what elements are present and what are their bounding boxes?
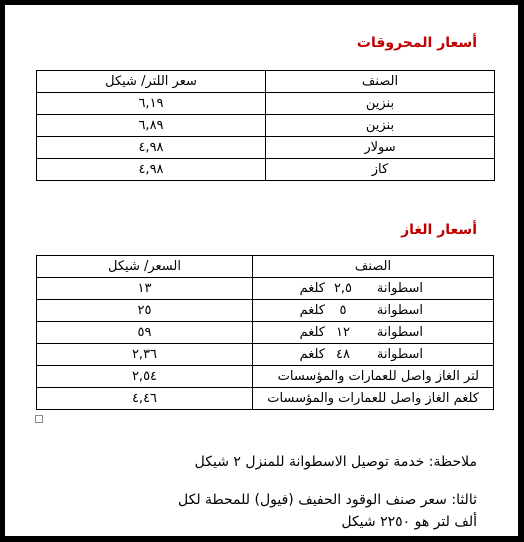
fuel-prices-heading: أسعار المحروقات <box>357 35 477 51</box>
fuel-price-cell: ٤,٩٨ <box>37 137 266 159</box>
table-header-row: الصنف سعر اللتر/ شيكل <box>37 71 495 93</box>
cylinder-size: ٥ <box>325 300 361 321</box>
column-header-type: الصنف <box>266 71 495 93</box>
table-row: سولار ٤,٩٨ <box>37 137 495 159</box>
heavy-fuel-note: ثالثا: سعر صنف الوقود الحفيف (فيول) للمح… <box>177 489 477 533</box>
cylinder-unit: كلغم <box>300 322 325 343</box>
gas-price-cell: ١٣ <box>37 278 253 300</box>
cylinder-unit: كلغم <box>300 300 325 321</box>
table-row: لتر الغاز واصل للعمارات والمؤسسات ٢,٥٤ <box>37 366 494 388</box>
gas-type-cell: اسطوانة٢,٥كلغم <box>253 278 494 300</box>
table-header-row: الصنف السعر/ شيكل <box>37 256 494 278</box>
delivery-note: ملاحظة: خدمة توصيل الاسطوانة للمنزل ٢ شي… <box>195 451 477 473</box>
fuel-price-cell: ٦,٨٩ <box>37 115 266 137</box>
table-row: كاز ٤,٩٨ <box>37 159 495 181</box>
fuel-type-cell: بنزين <box>266 115 495 137</box>
gas-price-cell: ٢,٣٦ <box>37 344 253 366</box>
cylinder-label: اسطوانة <box>361 322 423 343</box>
table-row: كلغم الغاز واصل للعمارات والمؤسسات ٤,٤٦ <box>37 388 494 410</box>
table-row: اسطوانة٢,٥كلغم ١٣ <box>37 278 494 300</box>
fuel-price-cell: ٤,٩٨ <box>37 159 266 181</box>
cylinder-size: ١٢ <box>325 322 361 343</box>
gas-type-cell: كلغم الغاز واصل للعمارات والمؤسسات <box>253 388 494 410</box>
gas-prices-heading: أسعار الغاز <box>401 222 477 238</box>
gas-price-cell: ٢,٥٤ <box>37 366 253 388</box>
gas-type-cell: لتر الغاز واصل للعمارات والمؤسسات <box>253 366 494 388</box>
table-row: اسطوانة٤٨كلغم ٢,٣٦ <box>37 344 494 366</box>
table-row: اسطوانة٥كلغم ٢٥ <box>37 300 494 322</box>
gas-type-cell: اسطوانة١٢كلغم <box>253 322 494 344</box>
fuel-type-cell: سولار <box>266 137 495 159</box>
gas-price-cell: ٥٩ <box>37 322 253 344</box>
gas-type-cell: اسطوانة٤٨كلغم <box>253 344 494 366</box>
cylinder-unit: كلغم <box>300 344 325 365</box>
gas-price-cell: ٢٥ <box>37 300 253 322</box>
cylinder-label: اسطوانة <box>361 278 423 299</box>
gas-prices-table: الصنف السعر/ شيكل اسطوانة٢,٥كلغم ١٣ اسطو… <box>36 255 494 410</box>
fuel-price-cell: ٦,١٩ <box>37 93 266 115</box>
document-page: أسعار المحروقات الصنف سعر اللتر/ شيكل بن… <box>0 0 524 542</box>
column-header-price: سعر اللتر/ شيكل <box>37 71 266 93</box>
table-row: اسطوانة١٢كلغم ٥٩ <box>37 322 494 344</box>
cylinder-label: اسطوانة <box>361 344 423 365</box>
table-row: بنزين ٦,٨٩ <box>37 115 495 137</box>
fuel-prices-table: الصنف سعر اللتر/ شيكل بنزين ٦,١٩ بنزين ٦… <box>36 70 495 181</box>
fuel-type-cell: بنزين <box>266 93 495 115</box>
cylinder-size: ٤٨ <box>325 344 361 365</box>
cylinder-label: اسطوانة <box>361 300 423 321</box>
table-row: بنزين ٦,١٩ <box>37 93 495 115</box>
column-header-price: السعر/ شيكل <box>37 256 253 278</box>
gas-type-cell: اسطوانة٥كلغم <box>253 300 494 322</box>
cylinder-size: ٢,٥ <box>325 278 361 299</box>
gas-price-cell: ٤,٤٦ <box>37 388 253 410</box>
table-resize-handle-icon[interactable] <box>35 415 43 423</box>
fuel-type-cell: كاز <box>266 159 495 181</box>
cylinder-unit: كلغم <box>300 278 325 299</box>
column-header-type: الصنف <box>253 256 494 278</box>
